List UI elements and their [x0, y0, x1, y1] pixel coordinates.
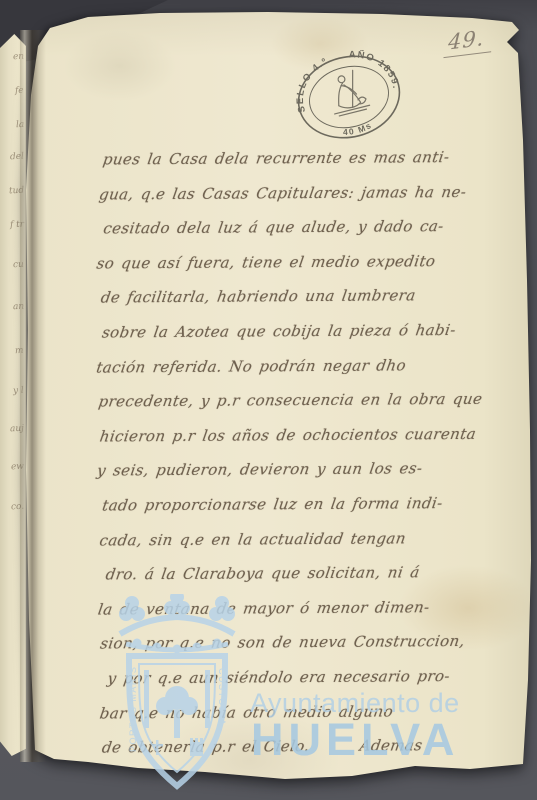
manuscript-line: pues la Casa dela recurrente es mas anti… [100, 140, 521, 178]
manuscript-line: bar q.e no había otro medio alguno [97, 693, 525, 731]
page-number: 49. [443, 25, 492, 58]
document-page-wrapper: SELLO 4.º AÑO 1859. 40 Ms 49. pues la Ca… [0, 0, 537, 800]
manuscript-line: tado proporcionarse luz en la forma indi… [100, 485, 524, 523]
manuscript-line: sion, por q.e no son de nueva Construcci… [98, 624, 525, 662]
manuscript-line: de obtenerla p.r el Cielo. Ademas [99, 728, 525, 766]
manuscript-line: la de ventana de mayor ó menor dimen- [95, 589, 524, 627]
manuscript-line: y seis, pudieron, devieron y aun los es- [95, 451, 524, 489]
manuscript-line: precedente, y p.r consecuencia en la obr… [96, 382, 523, 420]
tax-stamp-seal: SELLO 4.º AÑO 1859. 40 Ms [291, 50, 407, 144]
manuscript-line: tación referida. No podrán negar dho [94, 347, 523, 385]
manuscript-line: dro. á la Claraboya que solicitan, ni á [103, 555, 524, 593]
manuscript-line: cesitado dela luz á que alude, y dado ca… [101, 209, 522, 247]
manuscript-line: de facilitarla, habriendo una lumbrera [98, 278, 522, 316]
manuscript-line: cada, sin q.e en la actualidad tengan [97, 520, 524, 558]
document-page: SELLO 4.º AÑO 1859. 40 Ms 49. pues la Ca… [0, 0, 537, 800]
manuscript-line: gua, q.e las Casas Capitulares: jamas ha… [97, 174, 522, 212]
manuscript-text: pues la Casa dela recurrente es mas anti… [95, 140, 523, 766]
manuscript-line: sobre la Azotea que cobija la pieza ó ha… [100, 312, 523, 350]
seated-figure-icon [325, 68, 370, 116]
manuscript-line: so que así fuera, tiene el medio expedit… [94, 243, 522, 281]
manuscript-line: y por q.e aun siéndolo era necesario pro… [105, 658, 525, 696]
gutter-shadow [20, 30, 46, 762]
manuscript-line: hicieron p.r los años de ochocientos cua… [97, 416, 523, 454]
